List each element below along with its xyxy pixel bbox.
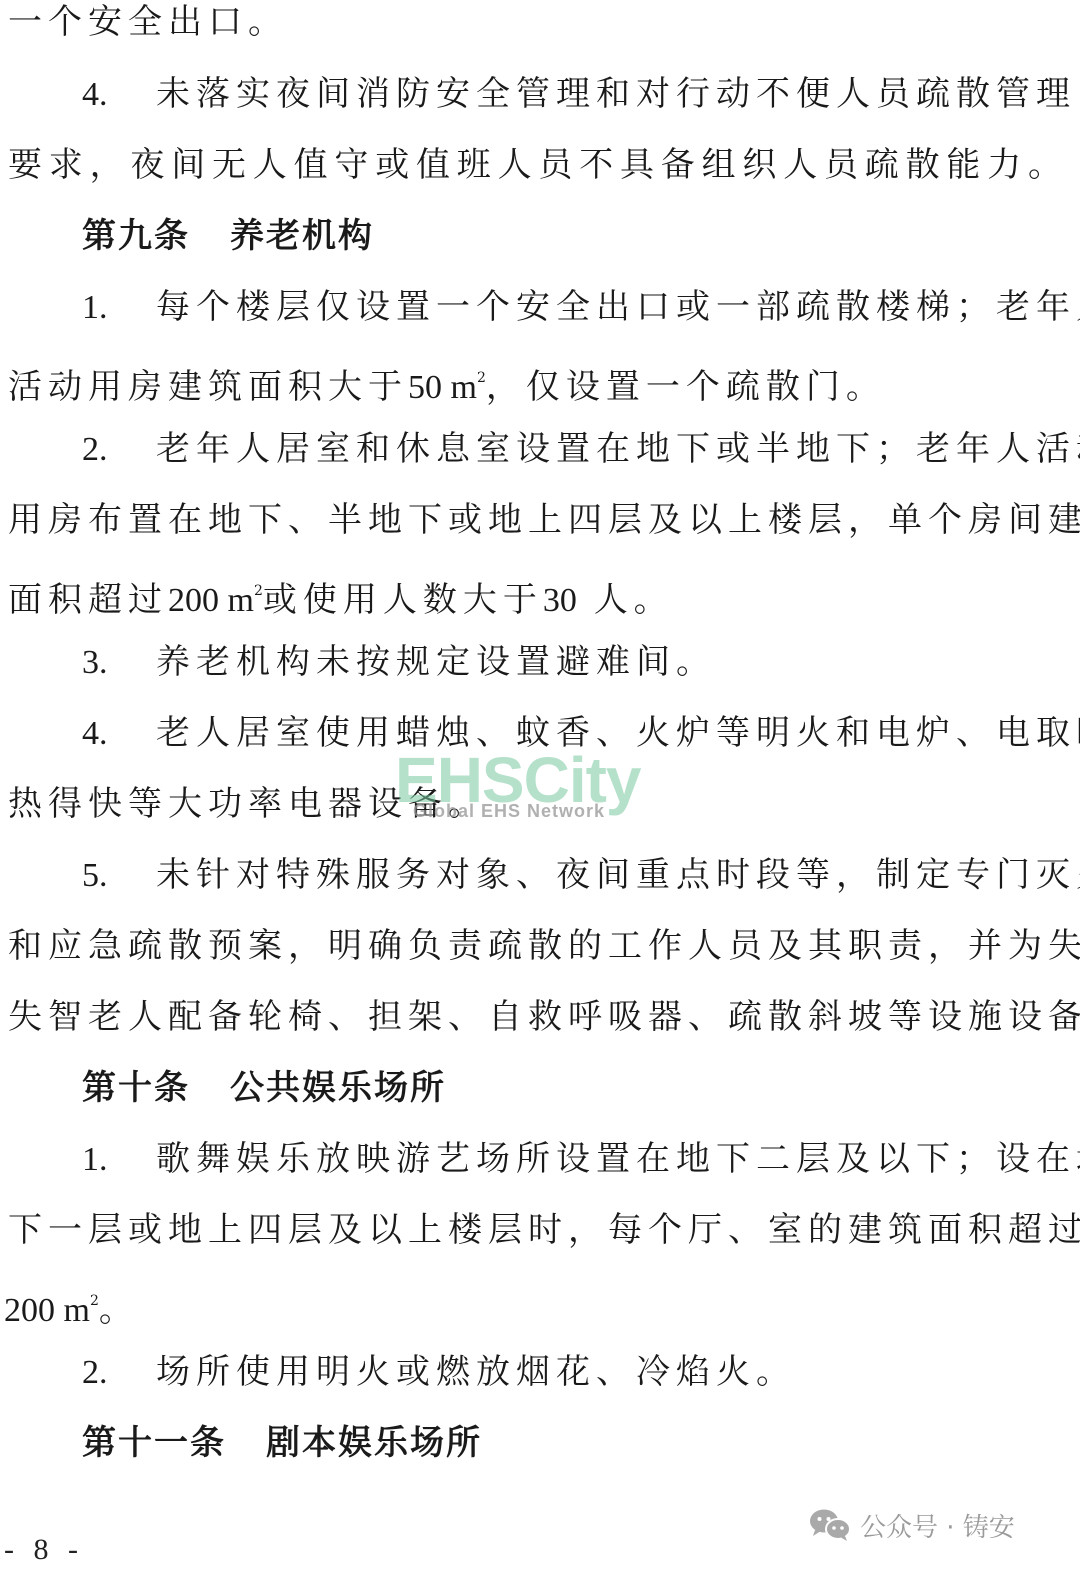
text: 要求，夜间无人值守或值班人员不具备组织人员疏散能力。 [8,145,1068,185]
list-item-line: 2.场所使用明火或燃放烟花、冷焰火。 [82,1352,1068,1393]
wechat-icon [808,1507,852,1543]
item-number: 3. [82,643,156,683]
text: 失智老人配备轮椅、担架、自救呼吸器、疏散斜坡等设施设备。 [8,997,1080,1037]
text: 活动用房建筑面积大于 [8,367,408,407]
paragraph-line: 活动用房建筑面积大于50 m2，仅设置一个疏散门。 [8,358,1068,408]
item-number: 4. [82,714,156,754]
item-number: 1. [82,288,156,328]
article-number: 第九条 [82,216,190,256]
item-number: 4. [82,75,156,115]
item-text: 场所使用明火或燃放烟花、冷焰火。 [156,1352,796,1392]
wechat-source-tag[interactable]: 公众号 · 铸安 [808,1505,1015,1545]
superscript: 2 [477,370,486,386]
text: 或使用人数大于 [263,580,543,620]
paragraph-line: 要求，夜间无人值守或值班人员不具备组织人员疏散能力。 [8,145,1068,185]
people-count: 30 [543,582,577,619]
list-item-line: 4.老人居室使用蜡烛、蚊香、火炉等明火和电炉、电取暖、 [82,713,1068,754]
item-number: 1. [82,1140,156,1180]
item-text: 养老机构未按规定设置避难间。 [156,642,716,682]
article-title: 剧本娱乐场所 [266,1423,482,1463]
superscript: 2 [90,1293,99,1309]
text: 和应急疏散预案，明确负责疏散的工作人员及其职责，并为失能 [8,926,1080,966]
list-item-line: 5.未针对特殊服务对象、夜间重点时段等，制定专门灭火 [82,855,1068,896]
paragraph-line: 200 m2。 [4,1281,1064,1331]
text: 下一层或地上四层及以上楼层时，每个厅、室的建筑面积超过 [8,1210,1080,1250]
item-number: 5. [82,856,156,896]
list-item-line: 1.歌舞娱乐放映游艺场所设置在地下二层及以下；设在地 [82,1139,1068,1180]
paragraph-line: 面积超过200 m2或使用人数大于30 人。 [8,571,1068,621]
item-number: 2. [82,1353,156,1393]
article-number: 第十一条 [82,1423,226,1463]
article-10-heading: 第十条公共娱乐场所 [82,1068,1068,1108]
item-number: 2. [82,430,156,470]
item-text: 老年人居室和休息室设置在地下或半地下；老年人活动 [156,429,1080,469]
superscript: 2 [254,583,263,599]
paragraph-line: 失智老人配备轮椅、担架、自救呼吸器、疏散斜坡等设施设备。 [8,997,1068,1037]
text: 人。 [594,580,674,620]
article-title: 养老机构 [230,216,374,256]
text: 面积超过 [8,580,168,620]
article-9-heading: 第九条养老机构 [82,216,1068,256]
list-item-line: 1.每个楼层仅设置一个安全出口或一部疏散楼梯；老年人 [82,287,1068,328]
paragraph-line: 用房布置在地下、半地下或地上四层及以上楼层，单个房间建筑 [8,500,1068,540]
article-11-heading: 第十一条剧本娱乐场所 [82,1423,1068,1463]
item-text: 歌舞娱乐放映游艺场所设置在地下二层及以下；设在地 [156,1139,1080,1179]
paragraph-line: 下一层或地上四层及以上楼层时，每个厅、室的建筑面积超过 [8,1210,1068,1250]
paragraph-line: 和应急疏散预案，明确负责疏散的工作人员及其职责，并为失能 [8,926,1068,966]
page-number: - 8 - [4,1532,84,1568]
list-item-line: 3.养老机构未按规定设置避难间。 [82,642,1068,683]
article-number: 第十条 [82,1068,190,1108]
text: 热得快等大功率电器设备。 [8,784,488,824]
text: 。 [99,1290,139,1330]
item-text: 未落实夜间消防安全管理和对行动不便人员疏散管理 [156,74,1076,114]
text: 一个安全出口。 [8,2,288,42]
source-label: 公众号 · 铸安 [860,1507,1015,1544]
text: 用房布置在地下、半地下或地上四层及以上楼层，单个房间建筑 [8,500,1080,540]
item-text: 每个楼层仅设置一个安全出口或一部疏散楼梯；老年人 [156,287,1080,327]
text: ，仅设置一个疏散门。 [486,367,886,407]
item-text: 老人居室使用蜡烛、蚊香、火炉等明火和电炉、电取暖、 [156,713,1080,753]
paragraph-line: 一个安全出口。 [8,2,1068,42]
item-text: 未针对特殊服务对象、夜间重点时段等，制定专门灭火 [156,855,1080,895]
paragraph-line: 热得快等大功率电器设备。 [8,784,1068,824]
area-value: 50 m [408,369,477,406]
list-item-line: 2.老年人居室和休息室设置在地下或半地下；老年人活动 [82,429,1068,470]
area-value: 200 m [168,582,254,619]
area-value: 200 m [4,1292,90,1329]
list-item-line: 4.未落实夜间消防安全管理和对行动不便人员疏散管理 [82,74,1068,115]
article-title: 公共娱乐场所 [230,1068,446,1108]
